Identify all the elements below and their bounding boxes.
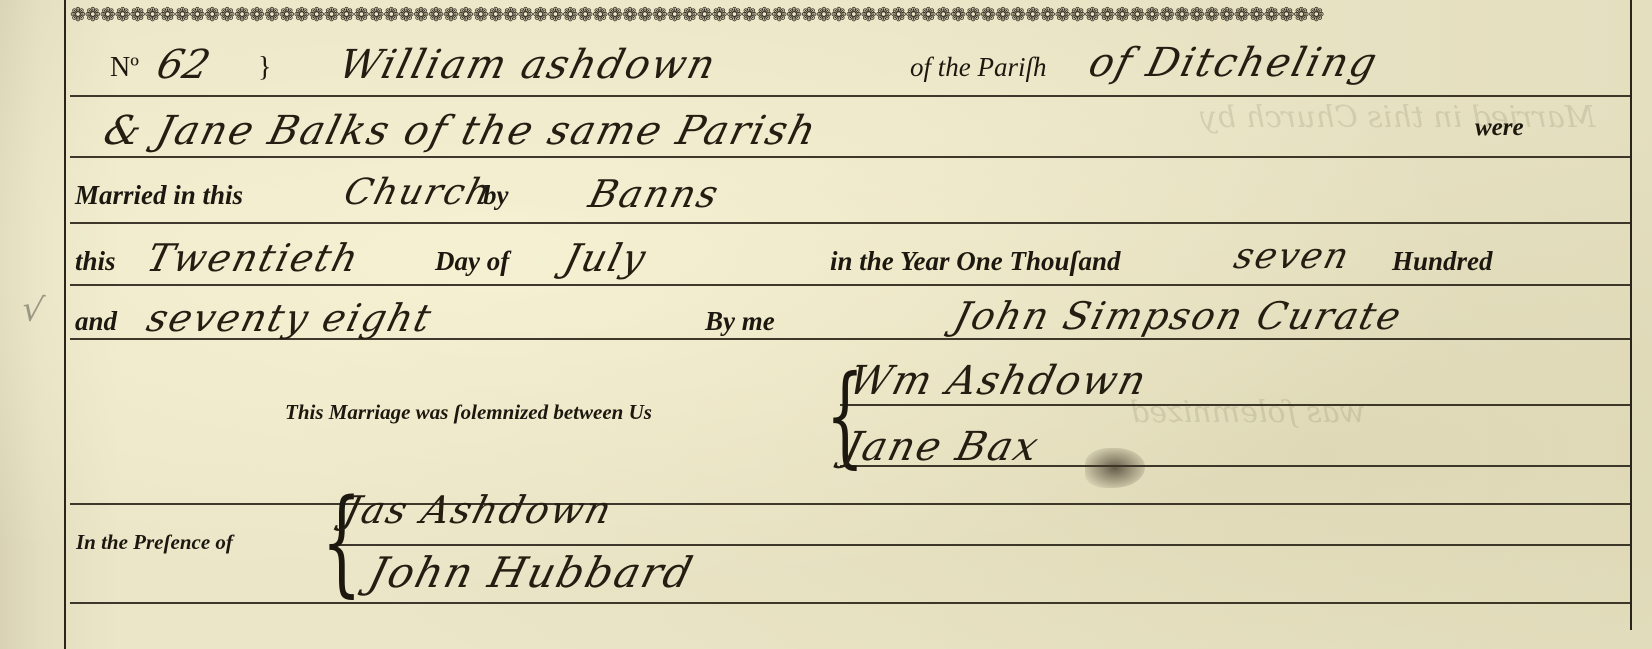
witness-1-signature: Jas Ashdown — [340, 488, 618, 532]
solemnized-label: This Marriage was ſolemnized between Us — [285, 400, 652, 425]
page-border-right — [1630, 0, 1632, 630]
officiant-signature: John Simpson Curate — [950, 294, 1408, 338]
bride-signature: Jane Bax — [839, 424, 1044, 470]
witnesses-label: In the Preſence of — [76, 530, 233, 555]
groom-name: William ashdown — [334, 42, 721, 88]
text-this: this — [75, 246, 116, 277]
text-were: were — [1475, 114, 1524, 142]
entry-number-label: Nº — [110, 52, 139, 84]
marriage-day: Twentieth — [143, 236, 365, 280]
bride-name: & Jane Balks of the same Parish — [99, 108, 822, 154]
marriage-month: July — [560, 236, 652, 280]
rule-line-witness-1 — [330, 544, 1630, 546]
entry-number-brace: } — [258, 52, 271, 84]
text-by: by — [483, 180, 508, 211]
ornamental-header-border: ❁❁❁❁❁❁❁❁❁❁❁❁❁❁❁❁❁❁❁❁❁❁❁❁❁❁❁❁❁❁❁❁❁❁❁❁❁❁❁❁… — [70, 4, 1630, 26]
text-in-the-year: in the Year One Thouſand — [830, 246, 1121, 277]
rule-line-2 — [70, 156, 1630, 158]
rule-line-1 — [70, 95, 1630, 97]
bleed-through-text: Married in this Church by — [1200, 100, 1595, 135]
witness-2-signature: John Hubbard — [364, 548, 699, 597]
groom-signature: Wm Ashdown — [844, 358, 1152, 404]
rule-line-6 — [70, 503, 1630, 505]
rule-line-groom-signature — [840, 404, 1630, 406]
bleed-through-text: was ſolemnized — [1130, 395, 1365, 430]
text-by-me: By me — [705, 306, 775, 337]
rule-line-3 — [70, 222, 1630, 224]
marriage-method: Banns — [585, 172, 725, 216]
place-of-marriage: Church — [340, 172, 497, 213]
text-married-in-this: Married in this — [75, 180, 243, 211]
text-day-of: Day of — [435, 246, 509, 277]
rule-line-7 — [70, 602, 1630, 604]
year-remainder: seventy eight — [143, 296, 438, 340]
text-of-the-parish: of the Pariſh — [910, 52, 1047, 83]
year-century-word: seven — [1230, 236, 1355, 277]
parish-name: of Ditcheling — [1084, 40, 1383, 86]
page-border-left — [64, 0, 66, 649]
text-and: and — [75, 306, 117, 337]
text-hundred: Hundred — [1392, 246, 1493, 277]
rule-line-4 — [70, 284, 1630, 286]
